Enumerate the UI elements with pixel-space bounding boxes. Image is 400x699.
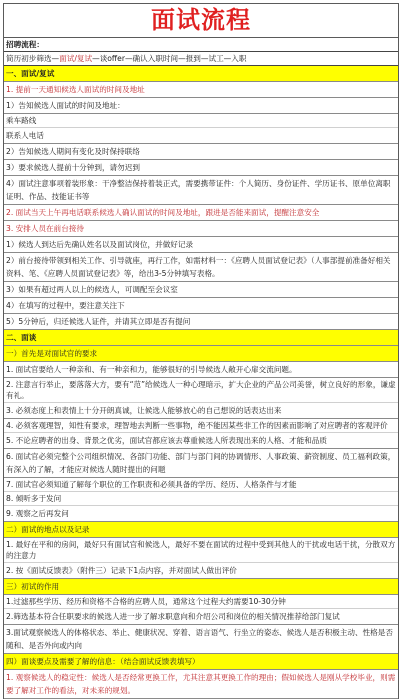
list-item: 1. 最好在平和的房间，最好只有面试官和候选人，最好不要在面试的过程中受到其他人… <box>4 538 398 563</box>
recruit-flow-steps: 简历初步筛选—面试/复试—谈offer—确认入职时间—报到—试工—入职 <box>4 52 398 66</box>
list-item: 3）要求候选人提前十分钟到，请勿迟到 <box>4 160 398 176</box>
list-item: 1）告知候选人面试的时间及地址： <box>4 98 398 114</box>
list-item: 2）前台接待带领到相关工作、引导就座，再行工作，如需材料一：《应聘人员面试登记表… <box>4 253 398 282</box>
page-title: 面试流程 <box>4 4 398 38</box>
content-rows: 一、面试/复试1. 提前一天通知候选人面试的时间及地址1）告知候选人面试的时间及… <box>4 66 398 582</box>
list-item: 2. 按《面试反馈表》（附件三）记录下1点内容，并对面试人做出评价 <box>4 563 398 579</box>
list-item: 4. 必须客观理智，知性有要求，理智地去判断一些事物，绝不能因某些非工作的因素而… <box>4 419 398 433</box>
list-item: 1）候选人到达后先确认姓名以及面试岗位，并做好记录 <box>4 237 398 253</box>
list-item: 1. 提前一天通知候选人面试的时间及地址 <box>4 82 398 98</box>
list-item: 联系人电话 <box>4 128 398 144</box>
section-heading: 一）首先是对面试官的要求 <box>4 346 398 362</box>
list-item: 乘车路线 <box>4 114 398 128</box>
list-item: 2）告知候选人期间有变化及时保持联络 <box>4 144 398 160</box>
list-item: 3）如果有超过两人以上的候选人，可调配至会议室 <box>4 282 398 298</box>
list-item: 9. 观察之后再发问 <box>4 506 398 522</box>
section-heading: 一、面试/复试 <box>4 66 398 82</box>
list-item: 2. 面试当天上午再电话联系候选人确认面试的时间及地址，跟进是否能来面试，提醒注… <box>4 205 398 221</box>
list-item: 7. 面试官必须知道了解每个职位的工作职责和必须具备的学历、经历、人格条件与才能 <box>4 478 398 492</box>
list-item: 3. 安排人员在前台接待 <box>4 221 398 237</box>
list-item: 1. 面试官要给人一种亲和、有一种亲和力，能够很好的引导候选人敞开心扉交流问题。 <box>4 362 398 378</box>
flow-steps-before: 简历初步筛选— <box>6 54 59 63</box>
list-item: 5）5分钟后，归还候选人证件，并请其立即是否有提问 <box>4 314 398 330</box>
list-item: 8. 倾听多于发问 <box>4 492 398 506</box>
list-item: 3. 必须态度上和表情上十分开朗真诚，让候选人能够放心的自己想说的话表达出来 <box>4 403 398 419</box>
interview-process-sheet: 面试流程 招聘流程： 简历初步筛选—面试/复试—谈offer—确认入职时间—报到… <box>3 3 399 582</box>
list-item: 5. 不论应聘者的出身、背景之优劣，面试官都应该去尊重候选人所表现出来的人格、才… <box>4 433 398 449</box>
list-item: 6. 面试官必须完整个公司组织情况、各部门功能、部门与部门间的协调情形、人事政策… <box>4 449 398 478</box>
flow-steps-after: —谈offer—确认入职时间—报到—试工—入职 <box>92 54 246 63</box>
list-item: 4）在填写的过程中，要注意关注下 <box>4 298 398 314</box>
section-heading: 二）面试的地点以及记录 <box>4 522 398 538</box>
list-item: 2. 注意言行举止，要落落大方，要有“范”给候选人一种心理暗示，扩大企业的产品公… <box>4 378 398 403</box>
section-heading: 二、面谈 <box>4 330 398 346</box>
list-item: 4）面试注意事项着装形象：干净整洁保持着装正式，需要携带证件：个人简历、身份证件… <box>4 176 398 205</box>
flow-current-step: 面试/复试 <box>59 54 92 63</box>
recruit-flow-label: 招聘流程： <box>4 38 398 52</box>
